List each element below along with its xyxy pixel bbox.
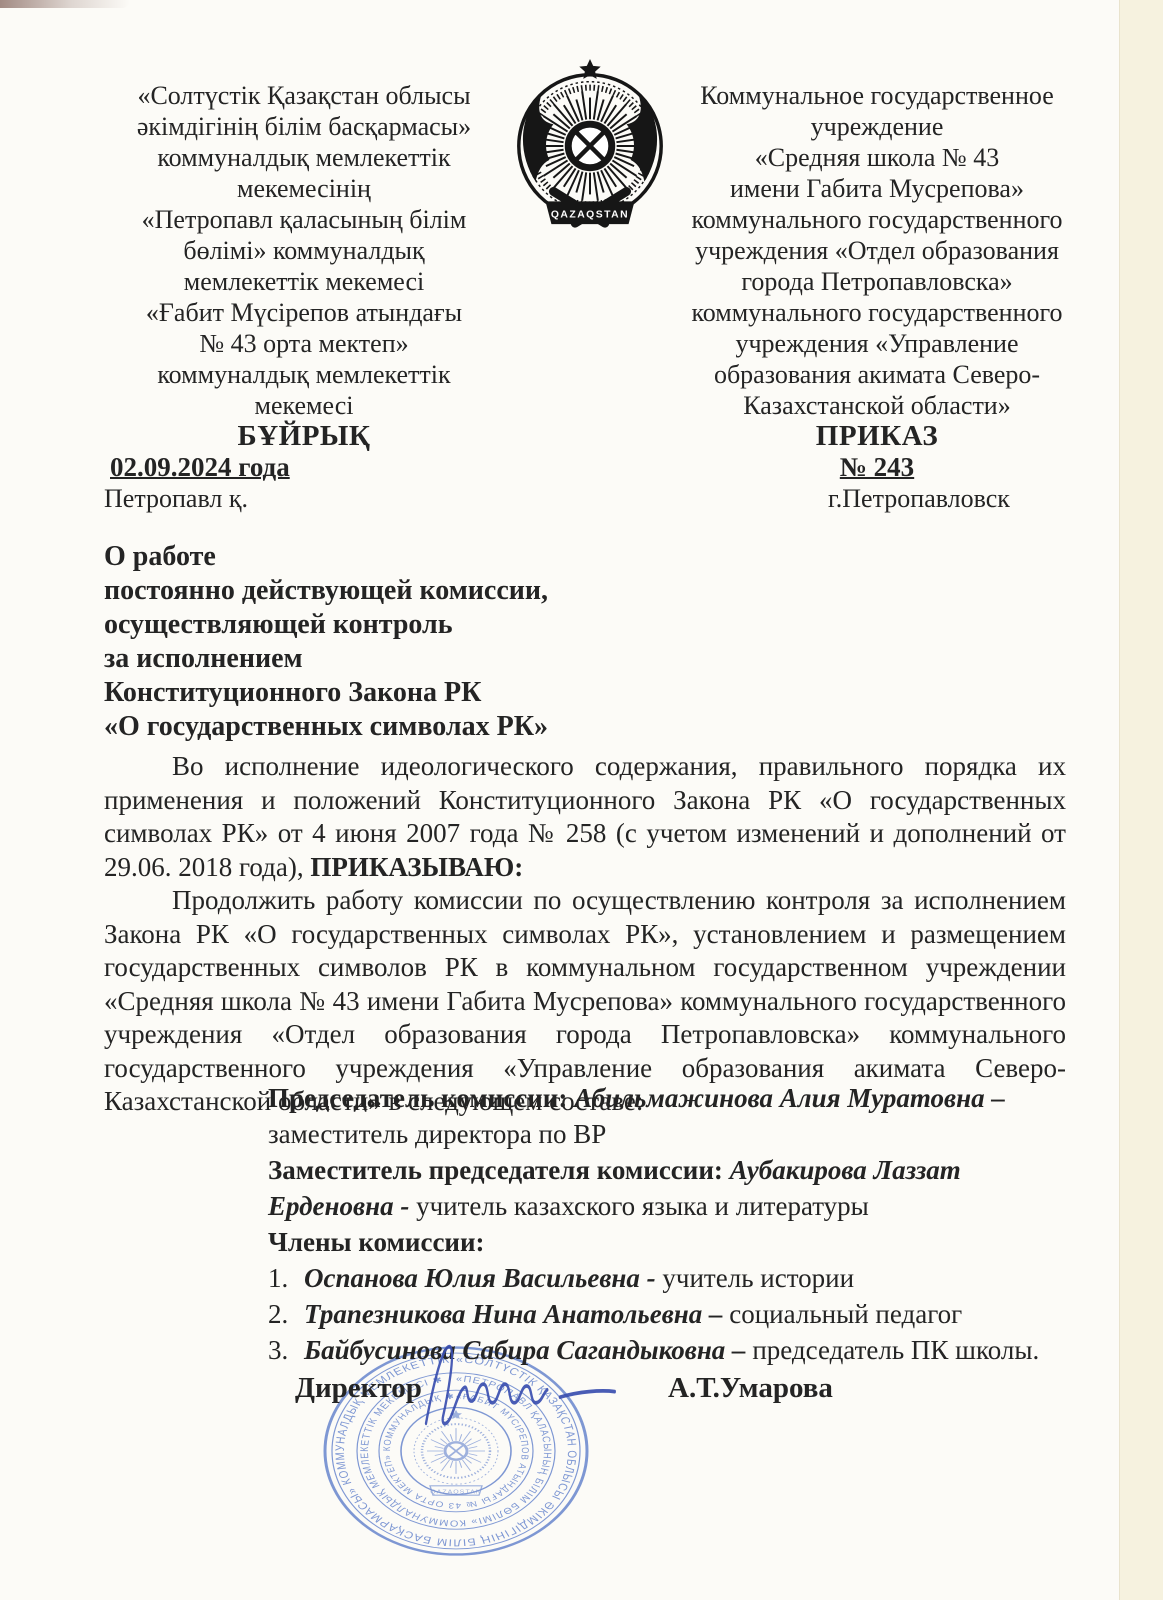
commission-list: Председатель комиссии: Абильмажинова Али… <box>268 1080 1040 1368</box>
org-line: Казахстанской области» <box>674 390 1080 421</box>
org-line: коммунального государственного <box>674 297 1080 328</box>
org-line: города Петропавловска» <box>674 266 1080 297</box>
org-line: коммуналдық мемлекеттік <box>104 142 504 173</box>
org-line: мемлекеттік мекемесі <box>104 266 504 297</box>
order-word-kazakh: БҰЙРЫҚ <box>104 421 504 452</box>
subject-line: «О государственных символах РК» <box>104 710 804 744</box>
commission-members-label: Члены комиссии: <box>268 1224 1040 1260</box>
org-line: образования акимата Северо- <box>674 359 1080 390</box>
org-name-kazakh-column: «Солтүстік Қазақстан облысы әкімдігінің … <box>104 80 504 514</box>
preamble-paragraph: Во исполнение идеологического содержания… <box>104 750 1066 884</box>
order-number: № 243 <box>674 452 1080 483</box>
org-line: «Солтүстік Қазақстан облысы <box>104 80 504 111</box>
order-word-russian: ПРИКАЗ <box>674 421 1080 452</box>
commission-member-row: 2. Трапезникова Нина Анатольевна – социа… <box>268 1296 1040 1332</box>
director-signature-ink <box>418 1330 664 1442</box>
org-line: «Петропавл қаласының білім <box>104 204 504 235</box>
signer-title: Директор <box>295 1372 422 1405</box>
subject-line: за исполнением <box>104 642 804 676</box>
order-date: 02.09.2024 года <box>104 452 504 483</box>
order-body: Во исполнение идеологического содержания… <box>104 750 1066 1119</box>
subject-line: осуществляющей контроль <box>104 608 804 642</box>
kazakhstan-coat-of-arms-icon: QAZAQSTAN <box>505 55 675 233</box>
commission-member-row: 1. Оспанова Юлия Васильевна - учитель ис… <box>268 1260 1040 1296</box>
commission-chair-role: заместитель директора по ВР <box>268 1116 1040 1152</box>
commission-deputy-role: Ерденовна - учитель казахского языка и л… <box>268 1188 1040 1224</box>
signer-name: А.Т.Умарова <box>668 1372 833 1405</box>
subject-line: постоянно действующей комиссии, <box>104 574 804 608</box>
scan-paper-edge <box>1119 0 1163 1600</box>
org-line: мекемесінің <box>104 173 504 204</box>
order-subject: О работе постоянно действующей комиссии,… <box>104 540 804 744</box>
org-line: учреждения «Отдел образования <box>674 235 1080 266</box>
org-line: бөлімі» коммуналдық <box>104 235 504 266</box>
subject-line: О работе <box>104 540 804 574</box>
order-verb: ПРИКАЗЫВАЮ: <box>310 852 523 882</box>
org-line: мекемесі <box>104 390 504 421</box>
org-line: «Ғабит Мүсірепов атындағы <box>104 297 504 328</box>
org-line: Коммунальное государственное <box>674 80 1080 111</box>
subject-line: Конституционного Закона РК <box>104 676 804 710</box>
org-line: әкімдігінің білім басқармасы» <box>104 111 504 142</box>
org-line: учреждения «Управление <box>674 328 1080 359</box>
org-name-russian-column: Коммунальное государственное учреждение … <box>674 80 1080 514</box>
org-line: учреждение <box>674 111 1080 142</box>
commission-chair: Председатель комиссии: Абильмажинова Али… <box>268 1080 1040 1116</box>
org-line: «Средняя школа № 43 <box>674 142 1080 173</box>
commission-deputy: Заместитель председателя комиссии: Аубак… <box>268 1152 1040 1188</box>
scan-artifact-smudge <box>0 0 130 8</box>
city-russian: г.Петропавловск <box>716 483 1122 514</box>
emblem-banner-text: QAZAQSTAN <box>551 210 629 221</box>
city-kazakh: Петропавл қ. <box>104 483 504 514</box>
org-line: № 43 орта мектеп» <box>104 328 504 359</box>
org-line: имени Габита Мусрепова» <box>674 173 1080 204</box>
stamp-center-banner: QAZAQSTAN <box>430 1489 482 1495</box>
org-line: коммуналдық мемлекеттік <box>104 359 504 390</box>
org-line: коммунального государственного <box>674 204 1080 235</box>
